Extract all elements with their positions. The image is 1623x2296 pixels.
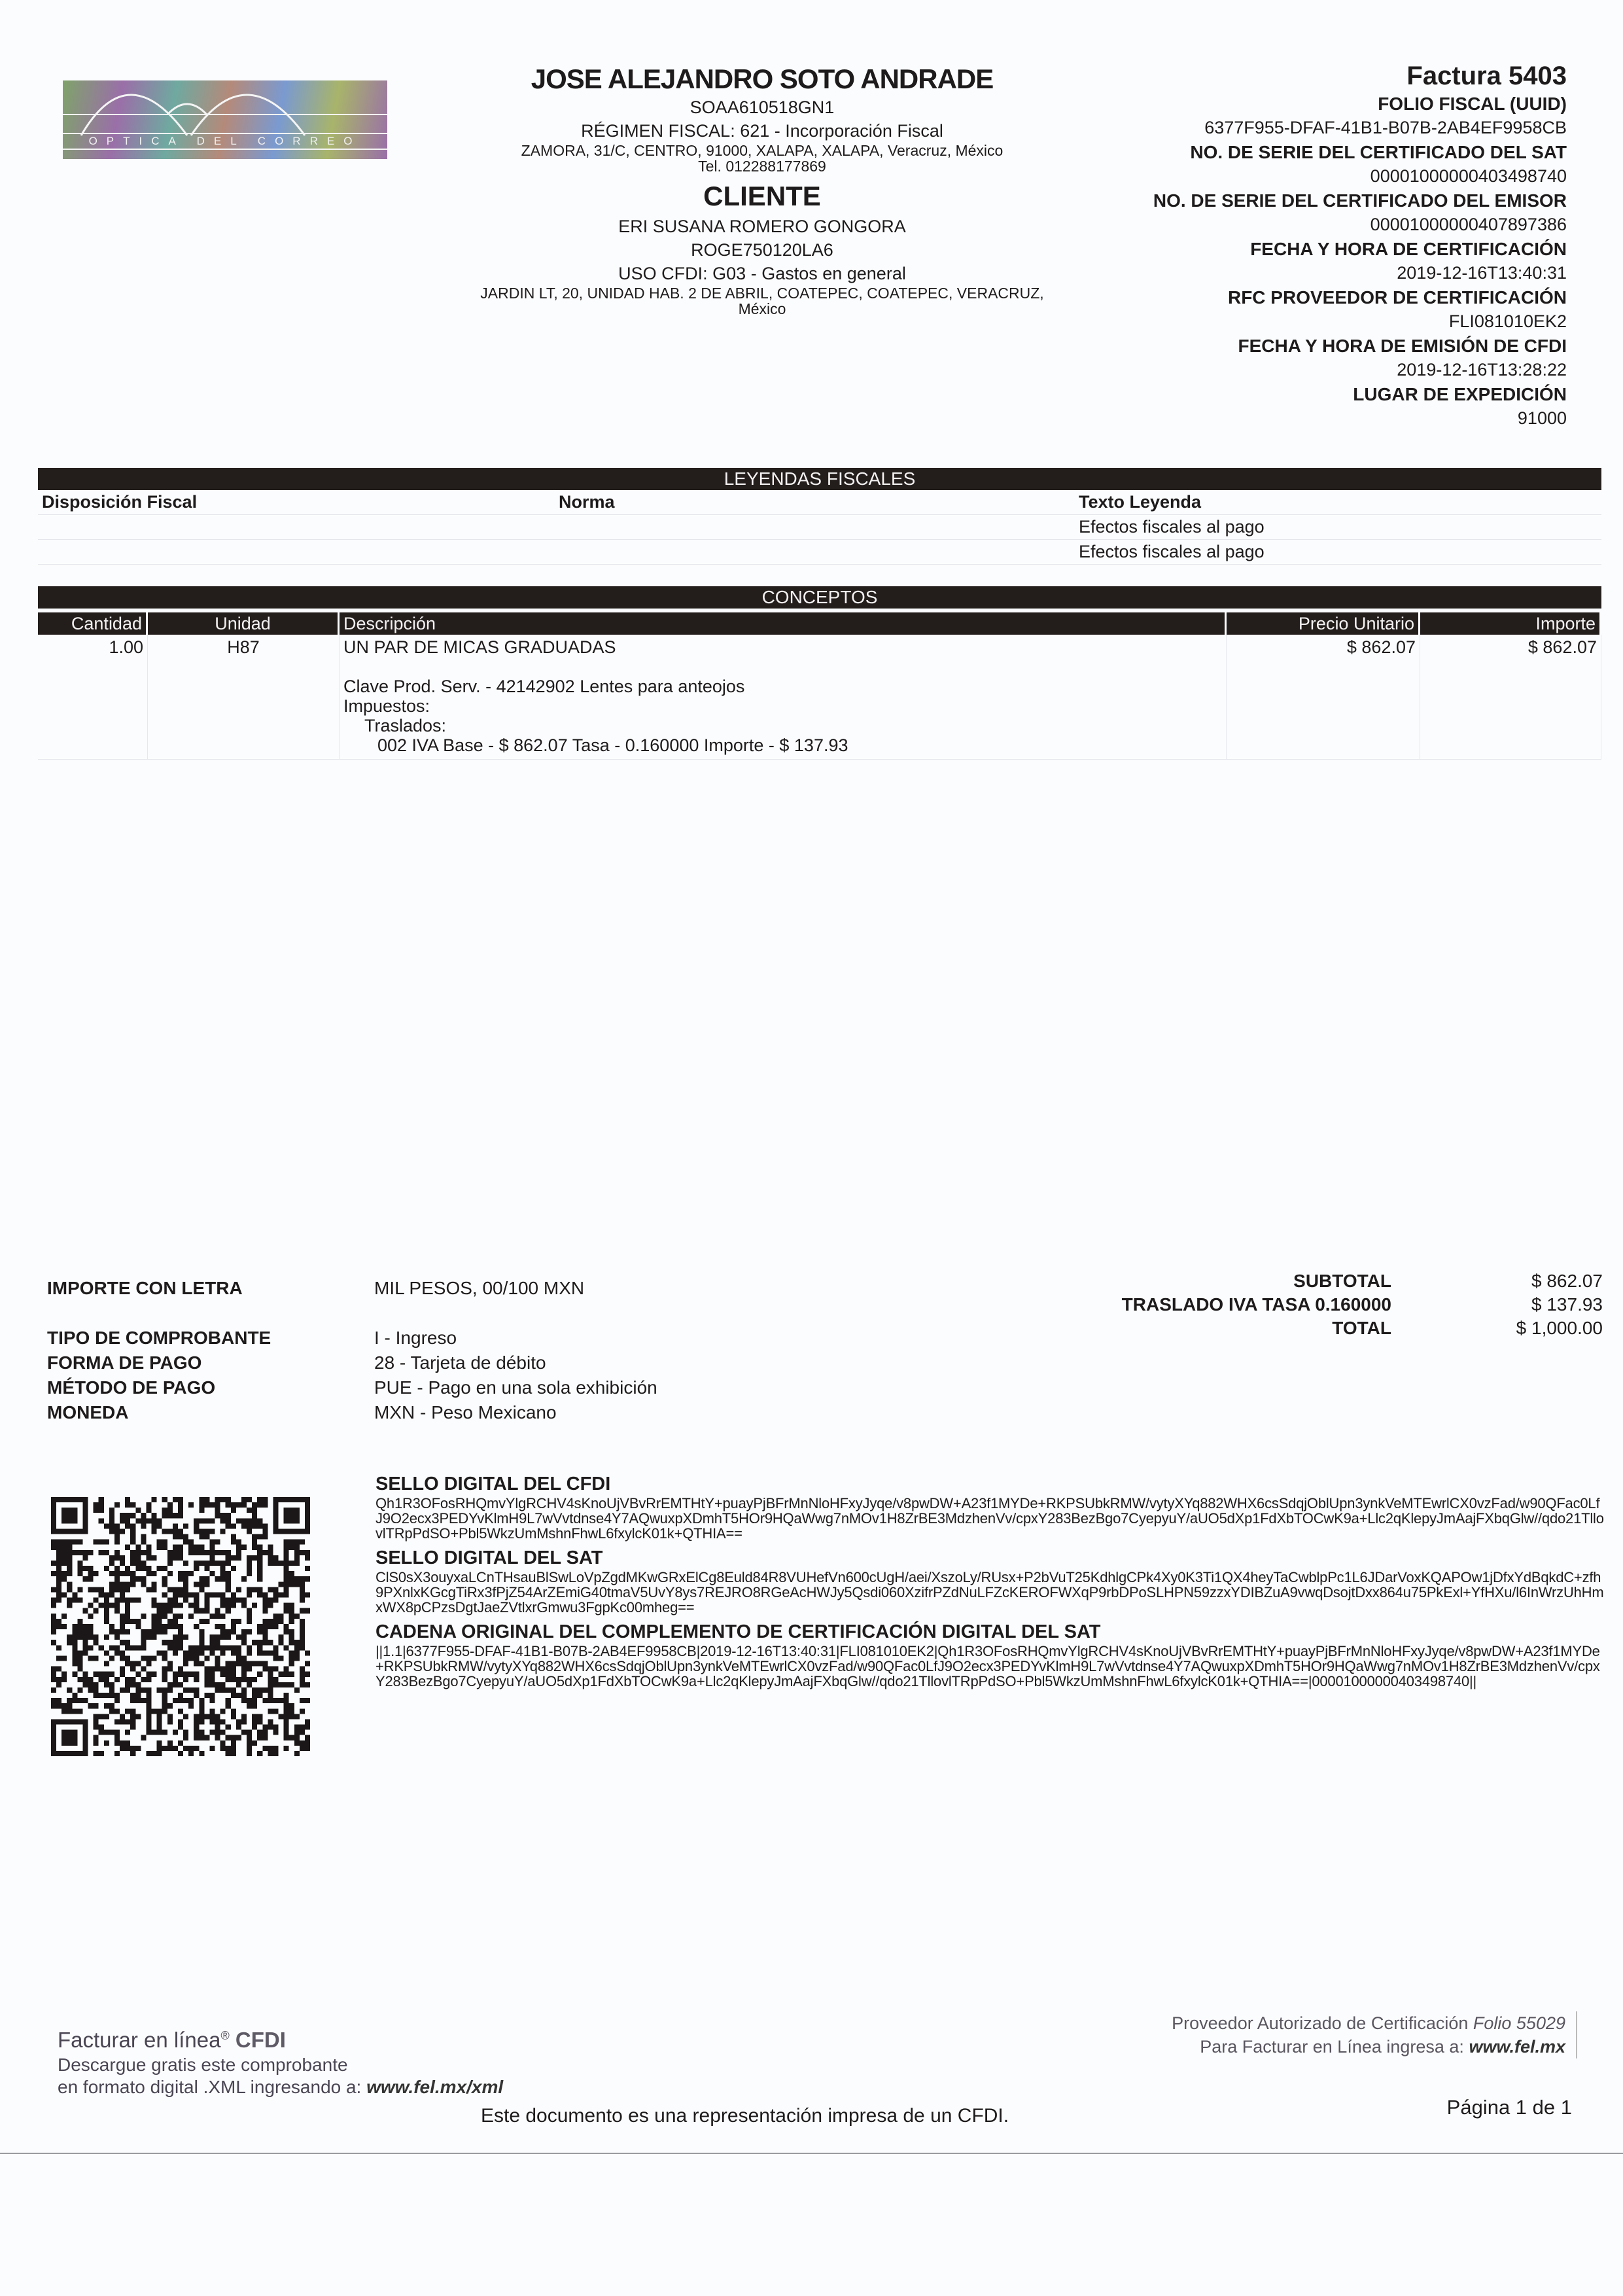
download-line-2: en formato digital .XML ingresando a: bbox=[58, 2077, 366, 2097]
totals-label: TOTAL bbox=[1047, 1316, 1391, 1340]
meta-label: LUGAR DE EXPEDICIÓN bbox=[1056, 382, 1567, 406]
payment-summary: IMPORTE CON LETRA MIL PESOS, 00/100 MXN … bbox=[47, 1276, 832, 1425]
meta-value: FLI081010EK2 bbox=[1056, 309, 1567, 334]
qr-code-icon bbox=[51, 1497, 310, 1756]
importe-letra-value: MIL PESOS, 00/100 MXN bbox=[374, 1276, 832, 1301]
leyendas-title: LEYENDAS FISCALES bbox=[38, 468, 1601, 490]
conceptos-column-header: Cantidad bbox=[38, 612, 148, 635]
cfdi-note: Este documento es una representación imp… bbox=[481, 2105, 1009, 2127]
summary-row: MÉTODO DE PAGOPUE - Pago en una sola exh… bbox=[47, 1375, 832, 1400]
issuer-block: JOSE ALEJANDRO SOTO ANDRADE SOAA610518GN… bbox=[419, 63, 1106, 317]
cadena-original-value: ||1.1|6377F955-DFAF-41B1-B07B-2AB4EF9958… bbox=[375, 1644, 1605, 1689]
conceptos-column-header: Unidad bbox=[148, 612, 340, 635]
unidad-cell: H87 bbox=[148, 635, 340, 759]
table-row: Efectos fiscales al pago bbox=[38, 515, 1601, 540]
download-line-1: Descargue gratis este comprobante bbox=[58, 2054, 646, 2076]
cadena-original-label: CADENA ORIGINAL DEL COMPLEMENTO DE CERTI… bbox=[375, 1620, 1605, 1644]
totals-row: TRASLADO IVA TASA 0.160000$ 137.93 bbox=[1047, 1293, 1603, 1316]
precio-unitario-cell: $ 862.07 bbox=[1227, 635, 1420, 759]
meta-label: FOLIO FISCAL (UUID) bbox=[1056, 92, 1567, 116]
summary-label: MONEDA bbox=[47, 1400, 374, 1425]
bottom-divider bbox=[0, 2153, 1623, 2154]
totals-value: $ 137.93 bbox=[1391, 1293, 1603, 1316]
table-cell bbox=[38, 540, 555, 565]
item-description: UN PAR DE MICAS GRADUADAS bbox=[343, 637, 1222, 657]
meta-value: 91000 bbox=[1056, 406, 1567, 431]
importe-letra-label: IMPORTE CON LETRA bbox=[47, 1276, 374, 1301]
meta-label: FECHA Y HORA DE EMISIÓN DE CFDI bbox=[1056, 334, 1567, 358]
summary-label: MÉTODO DE PAGO bbox=[47, 1375, 374, 1400]
meta-label: NO. DE SERIE DEL CERTIFICADO DEL SAT bbox=[1056, 140, 1567, 164]
item-traslado: 002 IVA Base - $ 862.07 Tasa - 0.160000 … bbox=[343, 735, 1222, 755]
client-country: México bbox=[419, 301, 1106, 317]
meta-value: 6377F955-DFAF-41B1-B07B-2AB4EF9958CB bbox=[1056, 116, 1567, 140]
table-cell bbox=[38, 515, 555, 540]
footer-brand: Facturar en línea® CFDI Descargue gratis… bbox=[58, 2022, 646, 2098]
totals-row: TOTAL$ 1,000.00 bbox=[1047, 1316, 1603, 1340]
qr-code bbox=[51, 1497, 310, 1756]
meta-value: 00001000000407897386 bbox=[1056, 213, 1567, 237]
brand-cfdi: CFDI bbox=[236, 2028, 286, 2052]
summary-row: TIPO DE COMPROBANTEI - Ingreso bbox=[47, 1326, 832, 1351]
client-name: ERI SUSANA ROMERO GONGORA bbox=[419, 215, 1106, 238]
summary-value: MXN - Peso Mexicano bbox=[374, 1400, 832, 1425]
totals-block: SUBTOTAL$ 862.07TRASLADO IVA TASA 0.1600… bbox=[1047, 1269, 1603, 1340]
invoice-online-text: Para Facturar en Línea ingresa a: bbox=[1200, 2037, 1469, 2057]
invoice-title: Factura 5403 bbox=[1056, 60, 1567, 92]
summary-value: 28 - Tarjeta de débito bbox=[374, 1351, 832, 1375]
totals-row: SUBTOTAL$ 862.07 bbox=[1047, 1269, 1603, 1293]
table-cell bbox=[555, 515, 1075, 540]
client-address: JARDIN LT, 20, UNIDAD HAB. 2 DE ABRIL, C… bbox=[419, 285, 1106, 301]
conceptos-table: CONCEPTOS CantidadUnidadDescripciónPreci… bbox=[38, 586, 1601, 760]
item-clave: Clave Prod. Serv. - 42142902 Lentes para… bbox=[343, 677, 1222, 696]
item-traslados-label: Traslados: bbox=[343, 716, 1222, 735]
sello-cfdi-label: SELLO DIGITAL DEL CFDI bbox=[375, 1472, 1605, 1496]
summary-row: MONEDAMXN - Peso Mexicano bbox=[47, 1400, 832, 1425]
totals-value: $ 862.07 bbox=[1391, 1269, 1603, 1293]
sello-sat-value: ClS0sX3ouyxaLCnTHsauBlSwLoVpZgdMKwGRxElC… bbox=[375, 1570, 1605, 1615]
issuer-phone: Tel. 012288177869 bbox=[419, 158, 1106, 174]
meta-value: 2019-12-16T13:28:22 bbox=[1056, 358, 1567, 382]
conceptos-column-header: Importe bbox=[1420, 612, 1601, 635]
descripcion-cell: UN PAR DE MICAS GRADUADASClave Prod. Ser… bbox=[340, 635, 1227, 759]
digital-seals: SELLO DIGITAL DEL CFDI Qh1R3OFosRHQmvYlg… bbox=[375, 1472, 1605, 1694]
totals-label: SUBTOTAL bbox=[1047, 1269, 1391, 1293]
totals-label: TRASLADO IVA TASA 0.160000 bbox=[1047, 1293, 1391, 1316]
invoice-meta: Factura 5403 FOLIO FISCAL (UUID)6377F955… bbox=[1056, 60, 1567, 431]
client-uso-cfdi: USO CFDI: G03 - Gastos en general bbox=[419, 262, 1106, 285]
summary-row: FORMA DE PAGO28 - Tarjeta de débito bbox=[47, 1351, 832, 1375]
provider-line: Proveedor Autorizado de Certificación bbox=[1172, 2013, 1473, 2033]
registered-mark-icon: ® bbox=[220, 2029, 229, 2042]
totals-value: $ 1,000.00 bbox=[1391, 1316, 1603, 1340]
issuer-regimen: RÉGIMEN FISCAL: 621 - Incorporación Fisc… bbox=[419, 119, 1106, 143]
sello-cfdi-value: Qh1R3OFosRHQmvYlgRCHV4sKnoUjVBvRrEMTHtY+… bbox=[375, 1496, 1605, 1541]
fel-link[interactable]: www.fel.mx bbox=[1469, 2037, 1565, 2057]
summary-label: TIPO DE COMPROBANTE bbox=[47, 1326, 374, 1351]
importe-cell: $ 862.07 bbox=[1420, 635, 1601, 759]
client-heading: CLIENTE bbox=[419, 178, 1106, 215]
meta-value: 2019-12-16T13:40:31 bbox=[1056, 261, 1567, 285]
meta-value: 00001000000403498740 bbox=[1056, 164, 1567, 188]
conceptos-column-header: Descripción bbox=[340, 612, 1227, 635]
conceptos-column-header: Precio Unitario bbox=[1227, 612, 1420, 635]
table-cell: Efectos fiscales al pago bbox=[1075, 540, 1601, 565]
conceptos-title: CONCEPTOS bbox=[38, 586, 1601, 609]
logo-text: OPTICA DEL CORREO bbox=[63, 133, 387, 150]
leyendas-column-header: Disposición Fiscal bbox=[38, 490, 555, 515]
xml-download-link[interactable]: www.fel.mx/xml bbox=[366, 2077, 503, 2097]
meta-label: NO. DE SERIE DEL CERTIFICADO DEL EMISOR bbox=[1056, 188, 1567, 213]
footer-provider: Proveedor Autorizado de Certificación Fo… bbox=[1042, 2011, 1577, 2058]
sello-sat-label: SELLO DIGITAL DEL SAT bbox=[375, 1546, 1605, 1570]
leyendas-column-header: Texto Leyenda bbox=[1075, 490, 1601, 515]
leyendas-fiscales-table: LEYENDAS FISCALES Disposición FiscalNorm… bbox=[38, 468, 1601, 565]
cantidad-cell: 1.00 bbox=[38, 635, 148, 759]
summary-value: I - Ingreso bbox=[374, 1326, 832, 1351]
meta-label: RFC PROVEEDOR DE CERTIFICACIÓN bbox=[1056, 285, 1567, 309]
table-row: 1.00H87UN PAR DE MICAS GRADUADASClave Pr… bbox=[38, 635, 1601, 760]
spacer bbox=[343, 657, 1222, 677]
provider-folio: Folio 55029 bbox=[1473, 2013, 1565, 2033]
company-logo: OPTICA DEL CORREO bbox=[63, 80, 387, 159]
table-cell: Efectos fiscales al pago bbox=[1075, 515, 1601, 540]
issuer-name: JOSE ALEJANDRO SOTO ANDRADE bbox=[419, 63, 1106, 96]
issuer-rfc: SOAA610518GN1 bbox=[419, 96, 1106, 119]
leyendas-column-header: Norma bbox=[555, 490, 1075, 515]
meta-label: FECHA Y HORA DE CERTIFICACIÓN bbox=[1056, 237, 1567, 261]
summary-label: FORMA DE PAGO bbox=[47, 1351, 374, 1375]
brand-name: Facturar en línea bbox=[58, 2028, 220, 2052]
table-row: Efectos fiscales al pago bbox=[38, 540, 1601, 565]
summary-value: PUE - Pago en una sola exhibición bbox=[374, 1375, 832, 1400]
item-impuestos-label: Impuestos: bbox=[343, 696, 1222, 716]
issuer-address: ZAMORA, 31/C, CENTRO, 91000, XALAPA, XAL… bbox=[419, 143, 1106, 158]
table-cell bbox=[555, 540, 1075, 565]
client-rfc: ROGE750120LA6 bbox=[419, 238, 1106, 262]
page-number: Página 1 de 1 bbox=[1447, 2096, 1572, 2119]
